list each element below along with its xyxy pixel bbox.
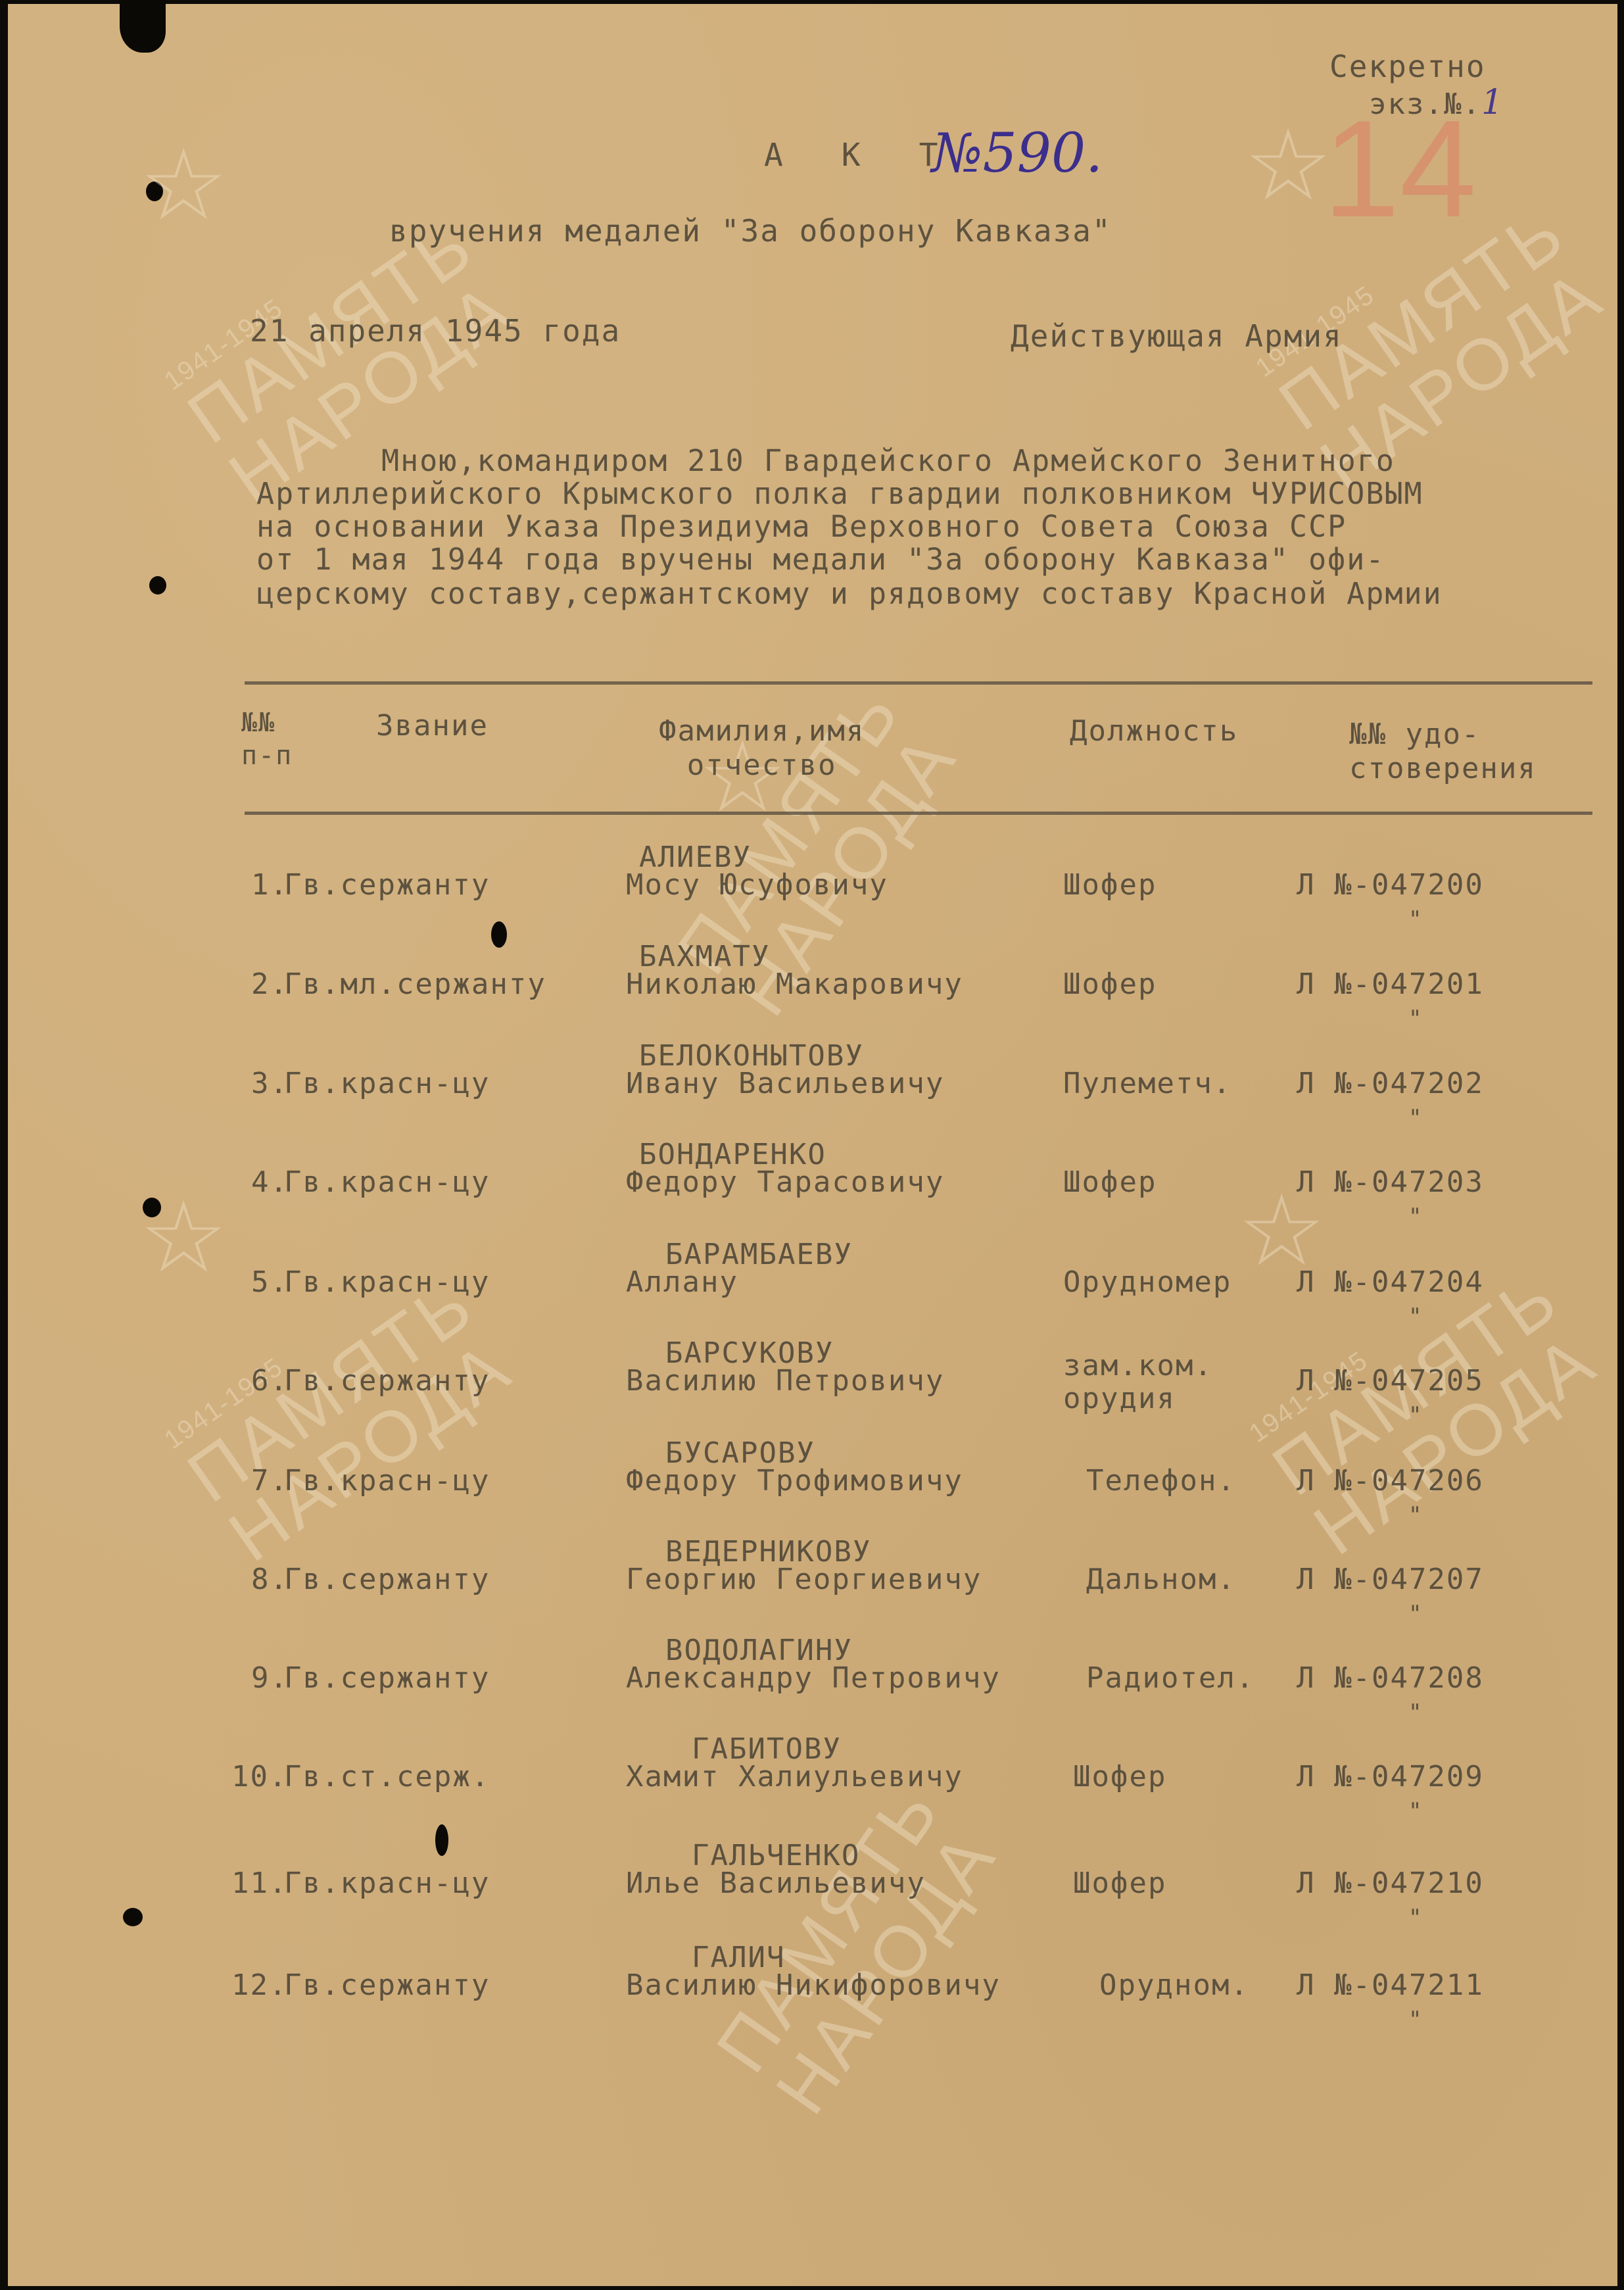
recipient-rank: Гв.мл.сержанту (284, 967, 546, 1001)
table-row: ВОДОЛАГИНУ 9. Гв.сержанту Александру Пет… (8, 1634, 1617, 1732)
recipient-given-names: Александру Петровичу (626, 1661, 1001, 1695)
recipient-position: Орудном. (1099, 1968, 1249, 2002)
recipient-rank: Гв.сержанту (284, 868, 490, 902)
body-line-2: Артиллерийского Крымского полка гвардии … (256, 476, 1423, 511)
document-date: 21 апреля 1945 года (250, 313, 621, 349)
table-row: ГАЛЬЧЕНКО 11. Гв.красн-цу Илье Васильеви… (8, 1839, 1617, 1937)
document-page: ☆ 1941-1945 ПАМЯТЬ НАРОДА ☆ 1941-1945 ПА… (8, 4, 1617, 2286)
header-name: Фамилия,имя отчество (659, 714, 865, 783)
ditto-mark: " (1408, 2007, 1423, 2033)
recipient-rank: Гв.ст.серж. (284, 1760, 490, 1793)
recipient-given-names: Николаю Макаровичу (626, 967, 963, 1001)
recipient-rank: Гв.красн-цу (284, 1067, 490, 1100)
recipient-rank: Гв.сержанту (284, 1661, 490, 1695)
certificate-number: Л №-047209 (1297, 1760, 1484, 1793)
recipient-given-names: Федору Трофимовичу (626, 1464, 963, 1498)
table-row: ВЕДЕРНИКОВУ 8. Гв.сержанту Георгию Георг… (8, 1535, 1617, 1634)
star-icon: ☆ (139, 135, 227, 234)
recipient-rank: Гв.сержанту (284, 1364, 490, 1398)
certificate-number: Л №-047204 (1297, 1265, 1484, 1299)
recipient-position: Шофер (1063, 1165, 1157, 1199)
ditto-mark: " (1408, 1699, 1423, 1726)
certificate-number: Л №-047211 (1297, 1968, 1484, 2002)
recipient-rank: Гв.красн-цу (284, 1464, 490, 1498)
recipient-position: Шофер (1073, 1866, 1166, 1900)
table-row: БАХМАТУ 2. Гв.мл.сержанту Николаю Макаро… (8, 940, 1617, 1038)
header-position: Должность (1070, 714, 1238, 748)
certificate-number: Л №-047208 (1297, 1661, 1484, 1695)
row-number: 3. (251, 1067, 289, 1100)
row-number: 7. (251, 1464, 289, 1498)
recipient-position: Радиотел. (1086, 1661, 1254, 1695)
header-certificate: №№ удо- стоверения (1349, 718, 1537, 786)
certificate-number: Л №-047202 (1297, 1067, 1484, 1100)
ditto-mark: " (1408, 1105, 1423, 1131)
recipient-given-names: Василию Никифоровичу (626, 1968, 1001, 2002)
certificate-number: Л №-047210 (1297, 1866, 1484, 1900)
recipient-given-names: Георгию Георгиевичу (626, 1563, 982, 1596)
watermark: ☆ (139, 135, 227, 234)
star-icon: ☆ (1244, 116, 1332, 214)
ditto-mark: " (1408, 1601, 1423, 1627)
act-label: А К Т (764, 137, 958, 174)
recipient-position: Шофер (1063, 967, 1157, 1001)
table-row: БУСАРОВУ 7. Гв.красн-цу Федору Трофимови… (8, 1436, 1617, 1535)
row-number: 6. (251, 1364, 289, 1398)
header-rank: Звание (376, 709, 489, 743)
pencil-page-number: 14 (1323, 89, 1477, 249)
recipient-position: Орудномер (1063, 1265, 1231, 1299)
row-number: 2. (251, 967, 289, 1001)
classification-label: Секретно (1329, 49, 1486, 84)
ditto-mark: " (1408, 1502, 1423, 1528)
certificate-number: Л №-047201 (1297, 967, 1484, 1001)
recipient-rank: Гв.красн-цу (284, 1265, 490, 1299)
recipient-given-names: Мосу Юсуфовичу (626, 868, 888, 902)
certificate-number: Л №-047200 (1297, 868, 1484, 902)
ditto-mark: " (1408, 1303, 1423, 1330)
row-number: 1. (251, 868, 289, 902)
recipient-given-names: Ивану Васильевичу (626, 1067, 944, 1100)
row-number: 12. (231, 1968, 287, 2002)
table-row: ГАЛИЧ 12. Гв.сержанту Василию Никифорови… (8, 1941, 1617, 2039)
recipient-position: Шофер (1063, 868, 1157, 902)
certificate-number: Л №-047207 (1297, 1563, 1484, 1596)
ditto-mark: " (1408, 1905, 1423, 1931)
body-line-5: церскому составу,сержантскому и рядовому… (256, 576, 1443, 611)
table-row: АЛИЕВУ 1. Гв.сержанту Мосу Юсуфовичу Шоф… (8, 840, 1617, 939)
recipient-position: зам.ком. орудия (1063, 1350, 1213, 1415)
recipient-position: Пулеметч. (1063, 1067, 1231, 1100)
recipient-rank: Гв.красн-цу (284, 1165, 490, 1199)
recipient-given-names: Хамит Халиульевичу (626, 1760, 963, 1793)
recipient-given-names: Илье Васильевичу (626, 1866, 926, 1900)
recipient-rank: Гв.красн-цу (284, 1866, 490, 1900)
row-number: 10. (231, 1760, 287, 1793)
recipient-given-names: Василию Петровичу (626, 1364, 944, 1398)
ditto-mark: " (1408, 906, 1423, 933)
recipient-position: Телефон. (1086, 1464, 1236, 1498)
recipient-given-names: Федору Тарасовичу (626, 1165, 944, 1199)
row-number: 5. (251, 1265, 289, 1299)
recipient-position: Шофер (1073, 1760, 1166, 1793)
row-number: 9. (251, 1661, 289, 1695)
act-number: №590. (932, 122, 1103, 185)
table-row: БОНДАРЕНКО 4. Гв.красн-цу Федору Тарасов… (8, 1138, 1617, 1236)
certificate-number: Л №-047205 (1297, 1364, 1484, 1398)
table-row: ГАБИТОВУ 10. Гв.ст.серж. Хамит Халиульев… (8, 1732, 1617, 1831)
ditto-mark: " (1408, 1204, 1423, 1230)
header-num: №№ п-п (241, 706, 293, 772)
torn-edge (120, 0, 166, 53)
table-row: БАРСУКОВУ 6. Гв.сержанту Василию Петрови… (8, 1336, 1617, 1435)
document-subtitle: вручения медалей "За оборону Кавказа" (389, 213, 1112, 249)
table-row: БАРАМБАЕВУ 5. Гв.красн-цу Аллану Орудном… (8, 1238, 1617, 1336)
recipient-rank: Гв.сержанту (284, 1968, 490, 2002)
body-line-4: от 1 мая 1944 года вручены медали "За об… (256, 542, 1385, 577)
recipient-given-names: Аллану (626, 1265, 738, 1299)
ditto-mark: " (1408, 1402, 1423, 1428)
table-header-rule (245, 812, 1592, 815)
copy-number-value: 1 (1481, 83, 1504, 122)
body-line-3: на основании Указа Президиума Верховного… (256, 509, 1347, 544)
certificate-number: Л №-047203 (1297, 1165, 1484, 1199)
punch-hole (149, 576, 166, 595)
table-top-rule (245, 681, 1592, 685)
recipient-rank: Гв.сержанту (284, 1563, 490, 1596)
document-place: Действующая Армия (1011, 318, 1343, 354)
row-number: 4. (251, 1165, 289, 1199)
watermark: ☆ (1244, 116, 1332, 214)
ditto-mark: " (1408, 1006, 1423, 1032)
table-row: БЕЛОКОНЫТОВУ 3. Гв.красн-цу Ивану Василь… (8, 1039, 1617, 1138)
row-number: 11. (231, 1866, 287, 1900)
ditto-mark: " (1408, 1798, 1423, 1824)
recipient-position: Дальном. (1086, 1563, 1236, 1596)
body-line-1: Мною,командиром 210 Гвардейского Армейск… (381, 443, 1395, 478)
certificate-number: Л №-047206 (1297, 1464, 1484, 1498)
row-number: 8. (251, 1563, 289, 1596)
